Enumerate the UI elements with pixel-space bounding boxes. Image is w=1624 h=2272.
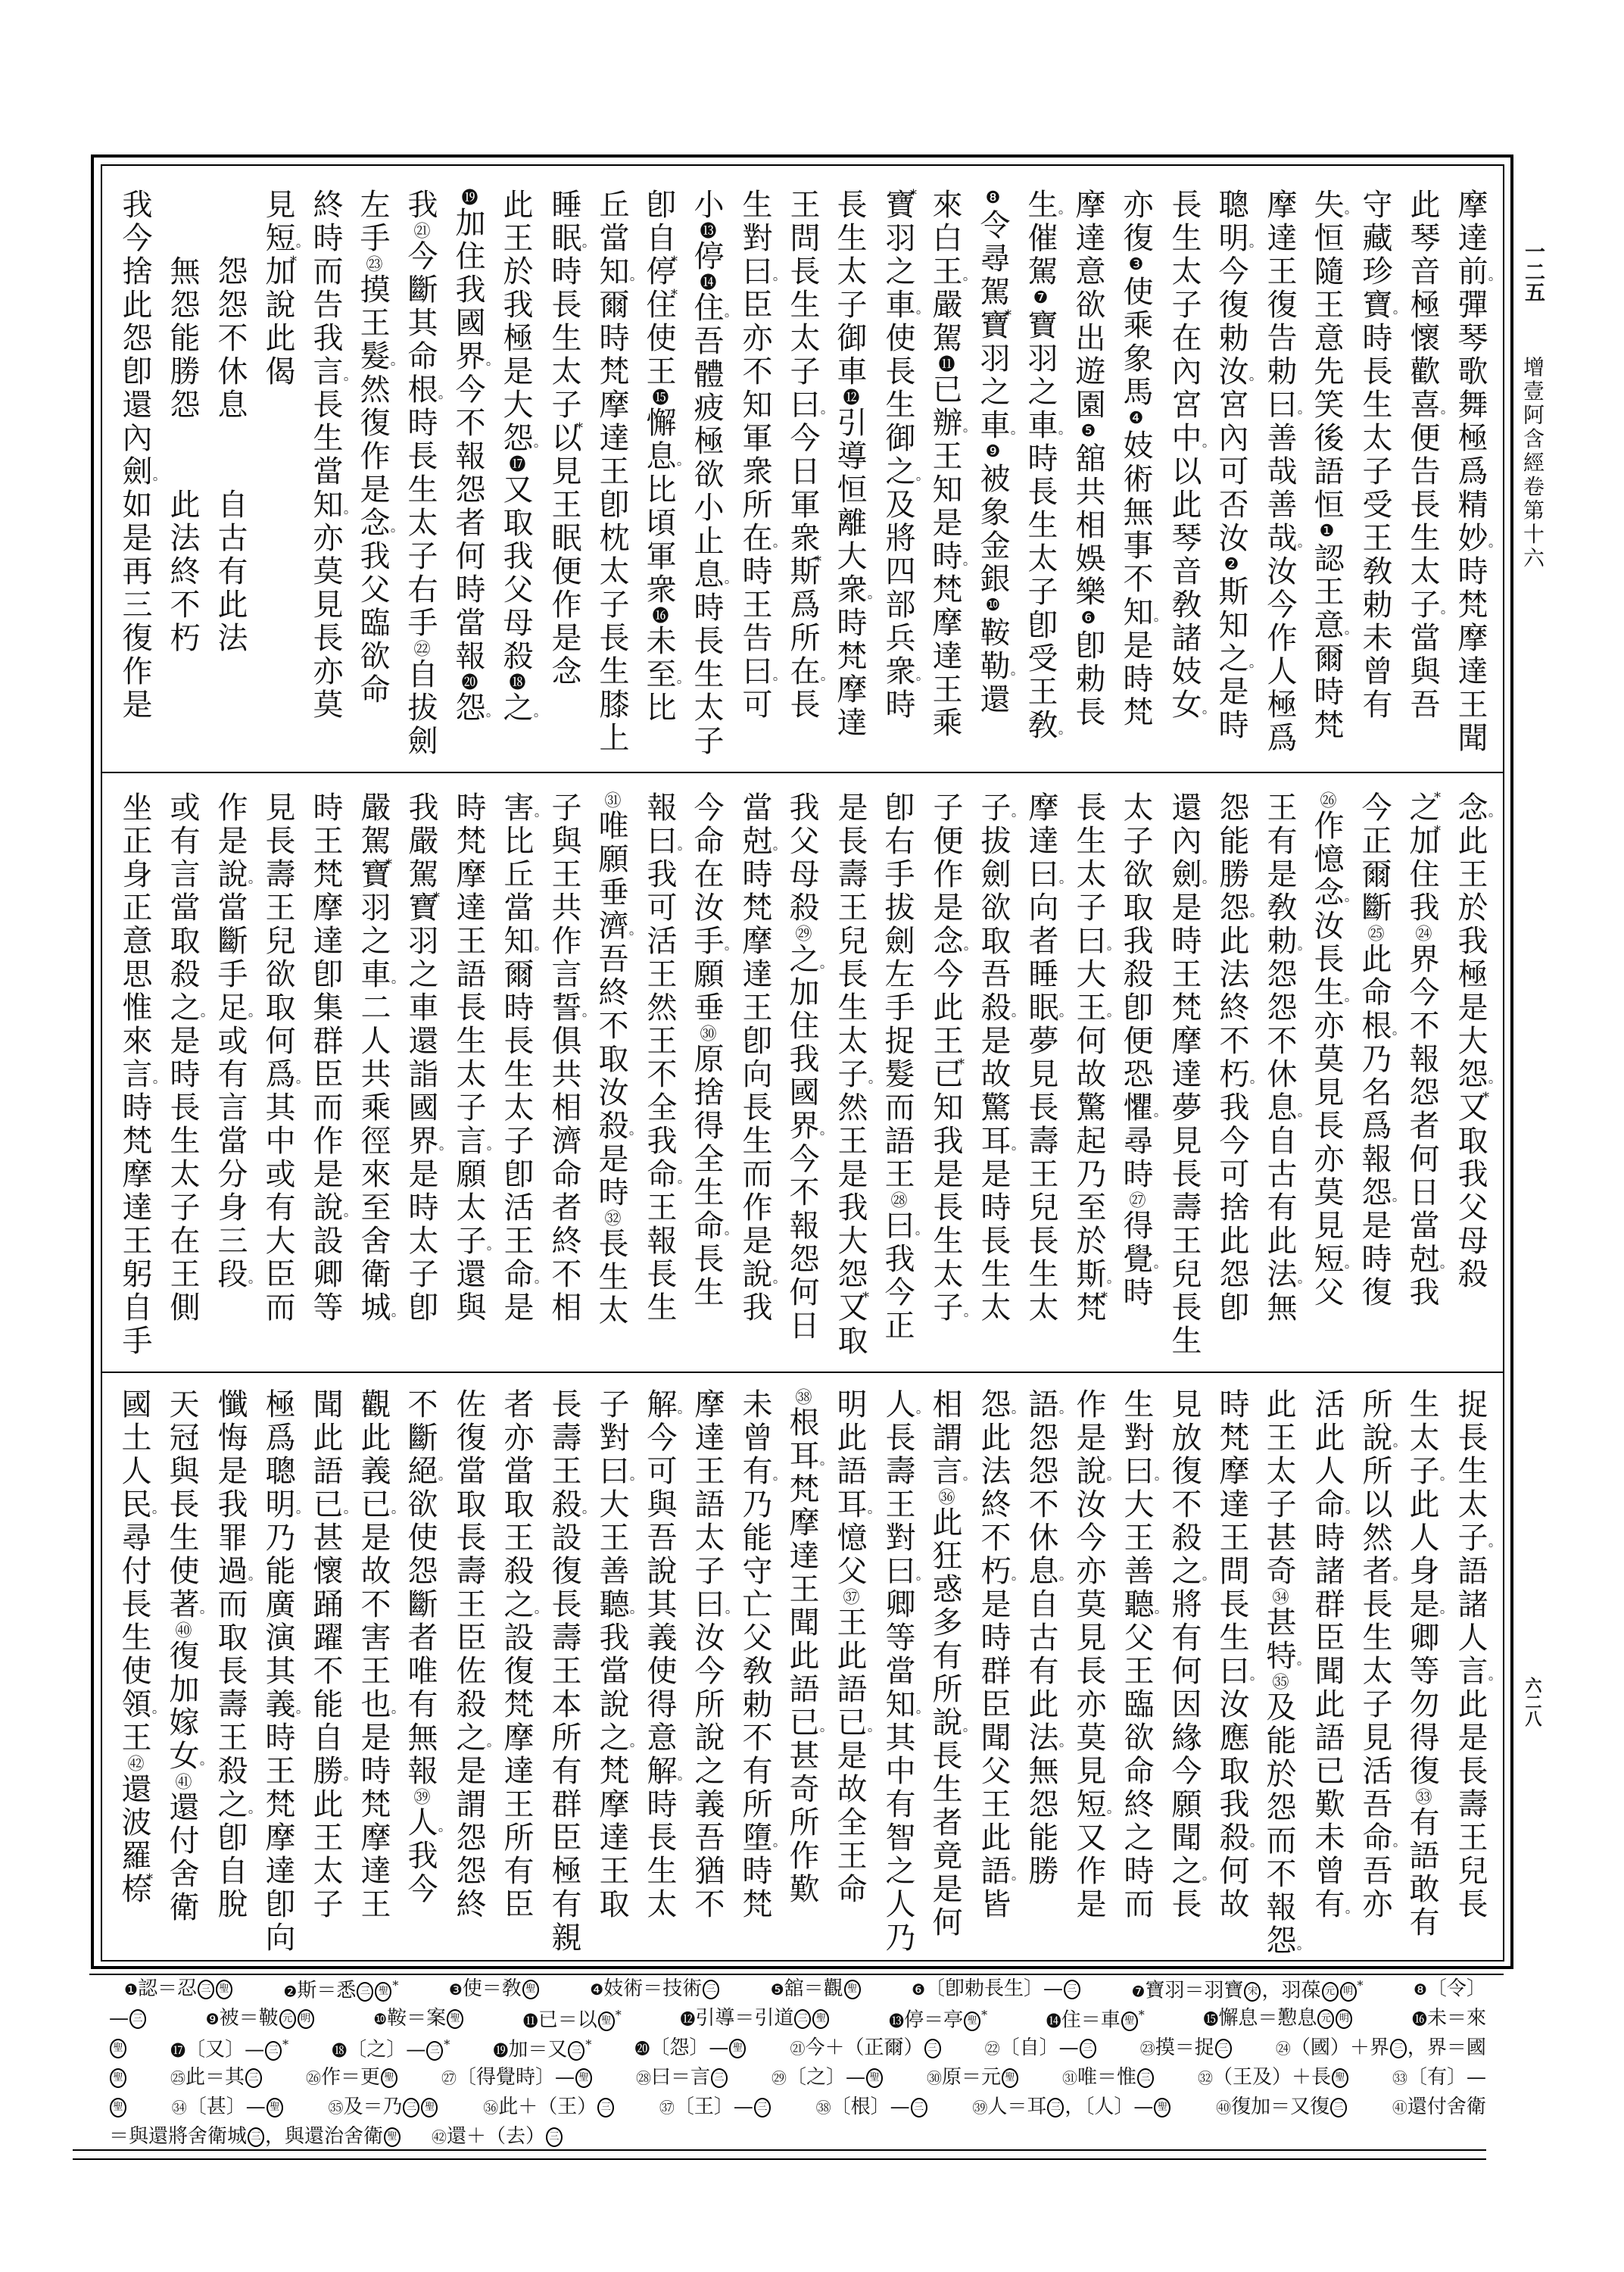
footnote-entry: ❹妓術＝技術三 — [590, 1977, 720, 2001]
text-column: 摩達王復告勅曰。善哉善哉。汝今作人極爲 — [1255, 189, 1303, 764]
edition-mark: 三 — [1215, 2039, 1232, 2058]
text-column: 子與王共作言誓。俱共相濟命者終不相 — [540, 791, 588, 1367]
text-column: 子便作是念。今此王*已知我是長生太子。 — [921, 791, 969, 1367]
edition-mark: 三 — [129, 2009, 146, 2029]
edition-mark: 聖 — [1332, 2068, 1348, 2088]
note-marker: ❷ — [1222, 555, 1241, 576]
note-marker: ㉓ — [363, 255, 382, 273]
edition-mark: 聖 — [866, 2068, 883, 2088]
note-marker: ㊵ — [1216, 2099, 1231, 2117]
note-marker: ⓳ — [459, 189, 478, 207]
text-column: 害。比丘當知。爾時長生太子卽活王命。是 — [492, 791, 540, 1367]
note-marker: ㊴ — [972, 2099, 987, 2117]
footnote-entry: ⓴〔怨〕—聖 — [634, 2036, 747, 2060]
footnote-row: 聖⓱〔又〕—三*⓲〔之〕—三*⓳加＝又三*⓴〔怨〕—聖㉑今＋（正爾）三㉒〔自〕—… — [109, 2036, 1486, 2059]
text-column: 此王太子甚奇㉞甚特。㉟及能於怨而不報怨。 — [1255, 1388, 1303, 1964]
text-column: 是長壽王兒長生太子。然王是我大怨*又取 — [826, 791, 874, 1367]
note-marker: ㉕ — [170, 2069, 185, 2087]
text-column: 報曰。我可活王然王不全我命。王報長生 — [635, 791, 683, 1367]
edition-mark: 三 — [1137, 2068, 1154, 2088]
text-column: 當尅。時梵摩達王卽向長生而作是說。我 — [731, 791, 778, 1367]
footnote-entry: ❺舘＝觀聖 — [771, 1977, 862, 2001]
edition-mark: 三 — [703, 1980, 719, 1999]
footnote-entry: ㉑今＋（正爾）三 — [790, 2036, 942, 2060]
footnote-entry: ⓰未＝來 — [1412, 2007, 1486, 2030]
note-marker: ⓰ — [1412, 2010, 1427, 2028]
note-marker: ❺ — [771, 1980, 784, 1999]
edition-mark: 元 — [1317, 2009, 1334, 2029]
text-column: 我㉑今斷其命根。時長生太子右手㉒自拔劍 — [397, 189, 444, 764]
note-marker: ⓯ — [650, 389, 669, 407]
text-column: 捉長生太子。語諸人言。此是長壽王兒長 — [1446, 1388, 1494, 1964]
edition-mark: 三 — [1330, 2098, 1347, 2118]
footnote-entry: ㉘曰＝言三 — [636, 2066, 728, 2089]
note-marker: ⓯ — [1203, 2010, 1218, 2028]
footnote-entry: ㉙〔之〕—聖 — [771, 2066, 884, 2089]
text-column: 長生太子御車⓬引導恒離大衆。時梵摩達 — [826, 189, 874, 764]
edition-mark: 三 — [357, 1982, 373, 2002]
edition-mark: 聖 — [384, 2127, 401, 2147]
text-column: 觀此義已。是故不害王也。是時梵摩達王 — [349, 1388, 397, 1964]
footnote-entry: ⓭停＝亭聖* — [889, 2004, 987, 2033]
footnote-entry: ❻〔卽勅長生〕—三 — [912, 1977, 1081, 2001]
footnote-row: ＝與還將舍衛城三，與還治舍衛聖㊷還＋（去）三 — [109, 2125, 1486, 2148]
text-column: 解。今可與吾說其義使得意解。時長生太 — [635, 1388, 683, 1964]
note-marker: ⓭ — [889, 2012, 904, 2030]
edition-mark: 聖 — [522, 1980, 539, 1999]
text-column: 見短。*加說此偈 — [254, 189, 301, 764]
text-column: 摩達意欲出遊園❺舘共相娛樂❻卽勅長 — [1064, 189, 1112, 764]
footnote-row: 聖㉕此＝其三㉖作＝更聖㉗〔得覺時〕—聖㉘曰＝言三㉙〔之〕—聖㉚原＝元聖㉛唯＝惟三… — [109, 2066, 1486, 2089]
upper-register: 摩達前。彈琴歌舞極爲精妙。時梵摩達王聞此琴音極懷歡喜。便告長生太子。當與吾守藏珍… — [111, 189, 1494, 764]
edition-mark: 明 — [1340, 1982, 1357, 2002]
text-column: 怨能勝怨。此法終不朽。我今可捨此怨卽 — [1208, 791, 1255, 1367]
text-column: 天冠與長生使著。㊵復加嫁女。㊶還付舍衛 — [158, 1388, 206, 1964]
margin-page-number: 六二八 — [1520, 1677, 1545, 1727]
note-marker: ❿ — [983, 596, 1002, 616]
text-column: 念。此王於我極是大怨。*又取我父母殺 — [1446, 791, 1494, 1367]
text-column: 時梵摩達王問長生曰。汝應取我殺。何故 — [1208, 1388, 1255, 1964]
text-column: 嚴駕*寶羽之車。二人共乘徑來至舍衛城。 — [349, 791, 397, 1367]
edition-mark: 三 — [426, 2041, 443, 2061]
text-column: 語。怨怨不休息。自古有此法。無怨能勝 — [1017, 1388, 1064, 1964]
edition-mark: 三 — [403, 2098, 419, 2118]
footnote-entry: 聖 — [109, 2066, 127, 2089]
text-column: 來白王。嚴駕⓫已辦。王知是時。梵摩達王乘 — [921, 189, 969, 764]
footnote-entry: ㉒〔自〕—三 — [985, 2036, 1097, 2060]
edition-mark: 聖 — [1002, 2068, 1018, 2088]
text-column: 時梵摩達王語長生太子言。願太子。還與 — [444, 791, 492, 1367]
text-column: 小⓭停⓮住。吾體疲極欲小止息。時長生太子 — [683, 189, 731, 764]
edition-mark: 聖 — [844, 1980, 861, 1999]
footnote-entry: ㊷還＋（去）三 — [432, 2125, 563, 2149]
note-marker: ㉘ — [888, 1191, 907, 1209]
text-column: 我嚴駕*寶羽之車還詣國界。是時太子卽 — [397, 791, 444, 1367]
text-column: ㊳根耳。梵摩達王聞此語已。甚奇所作歎 — [778, 1388, 826, 1964]
note-marker: ㉒ — [985, 2039, 1000, 2058]
footnote-entry: ❽〔令〕 — [1414, 1977, 1486, 2001]
text-column: 相謂言。㊱此狂惑多有所說。長生者竟是何 — [921, 1388, 969, 1964]
note-marker: ㉖ — [306, 2069, 321, 2087]
footnote-entry: ㊳〔根〕—三 — [816, 2096, 928, 2119]
text-column: 怨怨不休息 自古有此法 — [206, 189, 254, 764]
register-divider-lower — [101, 1372, 1504, 1373]
note-marker: ㉟ — [328, 2099, 343, 2117]
note-marker: ㉗ — [441, 2069, 457, 2087]
edition-mark: 三 — [711, 2068, 728, 2088]
footnote-entry: ⓯懈息＝懃息元明 — [1203, 2007, 1353, 2030]
text-column: 生。催駕❼寶羽之車。時長生太子卽受王敎。 — [1017, 189, 1064, 764]
edition-mark: 三 — [1390, 2039, 1407, 2058]
note-marker: ⓬ — [840, 389, 859, 407]
note-marker: ㉘ — [636, 2069, 651, 2087]
text-column: 長壽王殺。設復長壽王本所有群臣極有親 — [540, 1388, 588, 1964]
text-column: 亦復❸使乘象馬❹妓術無事不知。是時梵 — [1112, 189, 1160, 764]
text-column: 子對曰。大王善聽。我當說之。梵摩達王取 — [588, 1388, 635, 1964]
note-marker: ❻ — [1079, 609, 1098, 629]
edition-mark: 三 — [911, 2098, 927, 2118]
note-marker: ㉙ — [793, 925, 812, 943]
note-marker: ❿ — [373, 2010, 387, 2028]
note-marker: ㉑ — [411, 222, 430, 240]
note-marker: ㉓ — [1140, 2039, 1155, 2058]
footnote-entry: ⓬引導＝引道三聖 — [680, 2007, 830, 2030]
note-marker: ❺ — [1079, 422, 1098, 442]
footnote-entry: ＝與還將舍衛城三，與還治舍衛聖 — [109, 2125, 401, 2148]
footnote-entry: ㊲〔王〕—三 — [659, 2096, 771, 2119]
text-column: 此琴音極懷歡喜。便告長生太子。當與吾 — [1398, 189, 1446, 764]
text-column: 今命在汝手。願垂㉚原捨得全生命。長生 — [683, 791, 731, 1367]
text-column: ❽令尋駕*寶羽之車。❾被象金銀❿鞍勒。還 — [969, 189, 1017, 764]
edition-mark: 聖 — [110, 2098, 126, 2118]
edition-mark: 聖 — [381, 2068, 397, 2088]
edition-mark: 三 — [754, 2098, 771, 2118]
footnote-entry: ⓱〔又〕—三* — [170, 2033, 288, 2062]
note-marker: ❽ — [1414, 1980, 1427, 1999]
text-column: 佐復當取長壽王臣佐殺之。是謂怨怨終 — [444, 1388, 492, 1964]
note-marker: ㉝ — [1413, 1788, 1432, 1806]
footnote-entry: ㉛唯＝惟三 — [1062, 2066, 1155, 2089]
note-marker: ㉔ — [1276, 2039, 1291, 2058]
footnote-entry: ⓳加＝又三* — [493, 2033, 591, 2062]
note-marker: ❸ — [449, 1980, 463, 1999]
note-marker: ㉕ — [1365, 925, 1384, 943]
text-column: 我父母殺㉙之。加住我國界。今不報怨何日 — [778, 791, 826, 1367]
footnote-entry: ㉝〔有〕— — [1392, 2066, 1486, 2089]
note-marker: ⓬ — [680, 2010, 695, 2028]
text-column: *寶羽之車。使長生御之。及將四部兵衆。時 — [874, 189, 921, 764]
footnote-entry: ㉗〔得覺時〕—聖 — [441, 2066, 593, 2089]
text-column: 摩達王語太子曰。汝今所說之義吾猶不 — [683, 1388, 731, 1964]
edition-mark: 聖 — [267, 2098, 283, 2118]
text-column: 者亦當取王殺之。設復梵摩達王所有臣 — [492, 1388, 540, 1964]
note-marker: ㉚ — [697, 1025, 716, 1043]
edition-mark: 聖 — [216, 1980, 232, 1999]
footnote-entry: ㉖作＝更聖 — [306, 2066, 398, 2089]
footnote-entry: ㉞〔甚〕—聖 — [172, 2096, 284, 2119]
footnote-row: —三❾被＝鞁元明❿鞍＝案聖⓫已＝以聖*⓬引導＝引道三聖⓭停＝亭聖*⓮住＝車聖*⓯… — [109, 2007, 1486, 2030]
footnote-entry: ⓫已＝以聖* — [523, 2004, 622, 2033]
note-marker: ㉞ — [172, 2099, 187, 2117]
footnote-entry: 聖 — [109, 2036, 127, 2059]
note-marker: ㊳ — [793, 1388, 812, 1406]
edition-mark: 聖 — [110, 2039, 126, 2058]
text-column: 今正爾斷㉕此命根。乃名爲報怨。是時復 — [1351, 791, 1398, 1367]
edition-mark: 聖 — [1154, 2098, 1170, 2118]
footnote-entry: ❿鞍＝案聖 — [373, 2007, 464, 2030]
note-marker: ㊵ — [173, 1621, 192, 1640]
note-marker: ㉙ — [771, 2069, 787, 2087]
footnote-entry: 聖 — [109, 2096, 127, 2118]
footnote-entry: ㊶還付舍衛 — [1392, 2096, 1486, 2119]
text-column: 見長壽王兒欲取何爲。其中或有大臣而 — [254, 791, 301, 1367]
text-column: *之*加住我㉔界今不報怨者何日當尅。我 — [1398, 791, 1446, 1367]
edition-mark: 三 — [546, 2127, 563, 2147]
footnote-entry: ㉓摸＝捉三 — [1140, 2036, 1233, 2060]
text-column: 坐正身正意思惟來言。時梵摩達王躬自手 — [111, 791, 158, 1367]
text-column: ㉖作憶念。汝長生。亦莫見長亦莫見短。父 — [1303, 791, 1351, 1367]
text-column: 摩達前。彈琴歌舞極爲精妙。時梵摩達王聞 — [1446, 189, 1494, 764]
text-column: 生太子。此人身是。卿等勿得復㉝有語敢有 — [1398, 1388, 1446, 1964]
edition-mark: 元 — [279, 2009, 296, 2029]
text-column: 終時而告我言。長生當知。亦莫見長亦莫 — [301, 189, 349, 764]
text-column: 失。恒隨王意先笑後語恒❶認王意。爾時梵 — [1303, 189, 1351, 764]
footnote-entry: ❸使＝敎聖 — [449, 1977, 540, 2001]
note-marker: ⓫ — [936, 355, 955, 373]
page-number: 一二五 — [1519, 241, 1546, 302]
footnote-rule-bottom-second — [73, 2158, 1486, 2160]
note-marker: ㊲ — [659, 2099, 675, 2117]
edition-mark: 聖 — [421, 2098, 438, 2118]
text-column: 極爲聰明。乃能廣演其義。時王梵摩達卽向 — [254, 1388, 301, 1964]
note-marker: ㉚ — [927, 2069, 942, 2087]
text-column: 聰明。今復勅汝。宮內可否汝❷斯知之。是時 — [1208, 189, 1255, 764]
footnote-entry: ㊵復加＝又復三 — [1216, 2096, 1348, 2119]
note-marker: ㊶ — [173, 1773, 192, 1791]
note-marker: ㉑ — [790, 2039, 806, 2058]
edition-mark: 聖 — [575, 2068, 592, 2088]
edition-mark: 聖 — [964, 2011, 980, 2031]
note-marker: ❼ — [1132, 1983, 1146, 2001]
text-column: 還內劍。是時王梵摩達夢見長壽王兒長生 — [1160, 791, 1208, 1367]
text-column: 長生太子在內宮中。以此琴音敎諸妓女。 — [1160, 189, 1208, 764]
edition-mark: 三 — [597, 2098, 614, 2118]
text-column: 左手㉓摸王髮。然復作是念。我父臨欲命 — [349, 189, 397, 764]
note-marker: ⓲ — [507, 673, 525, 691]
note-marker: ⓱ — [507, 455, 525, 473]
footnote-entry: ㉕此＝其三 — [170, 2066, 263, 2089]
note-marker: ⓭ — [697, 222, 716, 240]
text-column: 子。拔劍欲取吾殺。是故驚耳。是時長生太 — [969, 791, 1017, 1367]
text-column: 生對曰。大王善聽。父王臨欲命終之時而 — [1112, 1388, 1160, 1964]
note-marker: ❾ — [206, 2010, 220, 2028]
footnote-entry: ㉚原＝元聖 — [927, 2066, 1019, 2089]
text-column: 卽自*停*住使王⓯懈息。比頃軍衆⓰未至。比 — [635, 189, 683, 764]
edition-mark: 宋 — [1244, 1982, 1261, 2002]
text-column: 時王梵摩達卽集群臣而作是說。設卿等 — [301, 791, 349, 1367]
edition-mark: 三 — [245, 2068, 262, 2088]
note-marker: ㊳ — [816, 2099, 831, 2117]
footnote-entry: ❷斯＝悉三聖* — [283, 1974, 398, 2003]
text-column: 此王於我極是大怨。⓱又取我父母殺⓲之。 — [492, 189, 540, 764]
text-column: 國土人民。尋付長生使領。王㊷還波羅*㮈 — [111, 1388, 158, 1964]
footnote-entry: ⓮住＝車聖* — [1046, 2004, 1145, 2033]
note-marker: ⓳ — [493, 2042, 508, 2060]
edition-mark: 三 — [1080, 2039, 1096, 2058]
text-column: 明此語耳。憶父㊲王此語已。是故全王命 — [826, 1388, 874, 1964]
edition-mark: 三 — [248, 2127, 264, 2147]
note-marker: ❽ — [983, 189, 1002, 209]
text-column: 守藏珍寶。時長生太子受王敎勅未曾有 — [1351, 189, 1398, 764]
text-column: 見放復不殺之。將有何因緣今願聞之。長 — [1160, 1388, 1208, 1964]
note-marker: ㉔ — [1413, 925, 1432, 943]
note-marker: ㉜ — [1198, 2069, 1213, 2087]
text-column: ⓳加住我國界。今不報怨者何時當報⓴怨。 — [444, 189, 492, 764]
register-divider-upper — [101, 772, 1504, 773]
text-column: 王有是敎勅。怨怨不休息。自古有此法。無 — [1255, 791, 1303, 1367]
note-marker: ⓫ — [523, 2012, 538, 2030]
note-marker: ㉜ — [602, 1209, 621, 1228]
footnote-entry: ㊱此＋（王）三 — [483, 2096, 615, 2119]
footnote-entry: ❼寶羽＝羽寶宋，羽葆元明* — [1132, 1974, 1364, 2003]
lower-register: 捉長生太子。語諸人言。此是長壽王兒長生太子。此人身是。卿等勿得復㉝有語敢有所說。… — [111, 1388, 1494, 1964]
note-marker: ⓰ — [650, 607, 669, 625]
footnote-entry: ㉟及＝乃三聖 — [328, 2096, 438, 2119]
text-column: 我今捨此怨卽還內劍。如是再三復作是 — [111, 189, 158, 764]
note-marker: ㉛ — [602, 791, 621, 810]
text-column: 作是說。當斷手足。或有言當分身三段。 — [206, 791, 254, 1367]
note-marker: ❹ — [1127, 409, 1146, 429]
note-marker: ❹ — [590, 1980, 603, 1999]
note-marker: ⓱ — [170, 2042, 185, 2060]
note-marker: ㉟ — [1270, 1673, 1289, 1691]
footnote-rule-bottom — [73, 2149, 1486, 2151]
note-marker: ❸ — [1127, 255, 1146, 276]
note-marker: ㊲ — [840, 1588, 859, 1606]
footnote-entry: ❾被＝鞁元明 — [206, 2007, 315, 2030]
edition-mark: 三 — [794, 2009, 811, 2029]
note-marker: ❻ — [912, 1980, 925, 1999]
footnote-row: ❶認＝忍三聖❷斯＝悉三聖*❸使＝敎聖❹妓術＝技術三❺舘＝觀聖❻〔卽勅長生〕—三❼… — [124, 1977, 1486, 2000]
text-column: 摩達曰。向者睡眠。夢見長壽王兒長生太 — [1017, 791, 1064, 1367]
note-marker: ㊱ — [483, 2099, 498, 2117]
note-marker: ⓮ — [1046, 2012, 1061, 2030]
note-marker: ㉞ — [1270, 1588, 1289, 1606]
edition-mark: 明 — [1336, 2009, 1352, 2029]
note-marker: ❷ — [283, 1983, 297, 2001]
middle-register: 念。此王於我極是大怨。*又取我父母殺*之*加住我㉔界今不報怨者何日當尅。我今正爾… — [111, 791, 1494, 1367]
note-marker: ㊷ — [432, 2128, 447, 2146]
edition-mark: 三 — [198, 1980, 214, 1999]
text-column: 作是說。汝今亦莫見長亦莫見短。又作是 — [1064, 1388, 1112, 1964]
note-marker: ㉝ — [1392, 2069, 1407, 2087]
note-marker: ㊱ — [936, 1488, 955, 1506]
footnote-row: 聖㉞〔甚〕—聖㉟及＝乃三聖㊱此＋（王）三㊲〔王〕—三㊳〔根〕—三㊴人＝耳三，〔人… — [109, 2096, 1486, 2118]
note-marker: ㊴ — [411, 1788, 430, 1806]
note-marker: ⓴ — [634, 2039, 650, 2058]
edition-mark: 三 — [1064, 1980, 1080, 1999]
edition-mark: 三 — [265, 2041, 282, 2061]
text-column: 卽右手拔劍左手捉髮而語王㉘曰。我今正 — [874, 791, 921, 1367]
note-marker: ㊶ — [1392, 2099, 1407, 2117]
edition-mark: 明 — [298, 2009, 314, 2029]
note-marker: ㊷ — [125, 1755, 144, 1773]
note-marker: ❼ — [1031, 289, 1050, 309]
edition-mark: 聖 — [375, 1982, 391, 2002]
text-column: ㉛唯願垂濟。吾終不取汝殺。是時㉜長生太 — [588, 791, 635, 1367]
note-marker: ㉖ — [1317, 791, 1336, 810]
edition-mark: 聖 — [110, 2068, 126, 2088]
edition-mark: 聖 — [729, 2039, 746, 2058]
edition-mark: 三 — [924, 2039, 941, 2058]
text-column: 聞此語已。甚懷踊躍不能自勝。此王太子 — [301, 1388, 349, 1964]
text-column: 活此人命。時諸群臣聞此語已歎未曾有。 — [1303, 1388, 1351, 1964]
edition-mark: 元 — [1322, 1982, 1339, 2002]
edition-mark: 聖 — [447, 2009, 463, 2029]
edition-mark: 三 — [1047, 2098, 1064, 2118]
note-marker: ❶ — [1317, 522, 1336, 542]
note-marker: ❶ — [124, 1980, 138, 1999]
footnote-entry: ❶認＝忍三聖 — [124, 1977, 233, 2001]
note-marker: ㉗ — [1127, 1191, 1146, 1209]
footnote-entry: ⓲〔之〕—三* — [332, 2033, 450, 2062]
footnote-entry: ㉜（王及）＋長聖 — [1198, 2066, 1349, 2089]
text-column: 未曾有。乃能守亡父敎勅不有所墮。時梵 — [731, 1388, 778, 1964]
note-marker: ⓲ — [332, 2042, 347, 2060]
edition-mark: 聖 — [1121, 2011, 1138, 2031]
footnote-entry: ㉔（國）＋界三，界＝國 — [1276, 2036, 1486, 2060]
footnote-entry: —三 — [109, 2007, 147, 2030]
text-column: 生對曰。臣亦不知軍衆所在。時王告曰。可 — [731, 189, 778, 764]
edition-mark: 聖 — [598, 2011, 615, 2031]
note-marker: ㉛ — [1062, 2069, 1077, 2087]
text-column: 睡眠。時長生太子*以見王眠便作是念 — [540, 189, 588, 764]
footnote-entry: ㊴人＝耳三，〔人〕—聖 — [972, 2096, 1171, 2119]
text-column: 或有言當取殺之。是時長生太子在王側 — [158, 791, 206, 1367]
note-marker: ⓮ — [697, 273, 716, 292]
text-column: 王問長生太子曰。今日軍衆*斯爲所在。長 — [778, 189, 826, 764]
note-marker: ⓴ — [459, 673, 478, 691]
running-title: 增壹阿含經卷第十六 — [1519, 356, 1546, 571]
edition-mark: 聖 — [812, 2009, 829, 2029]
text-column: 無怨能勝怨 此法終不朽 — [158, 189, 206, 764]
text-column: 所說。所以然者。長生太子見活吾命。吾亦 — [1351, 1388, 1398, 1964]
text-column: 太子欲取我殺卽便恐懼。尋時㉗得覺。時 — [1112, 791, 1160, 1367]
note-marker: ❾ — [983, 442, 1002, 463]
text-column: 怨。此法終不朽。是時群臣聞父王此語。皆 — [969, 1388, 1017, 1964]
text-column: 懺悔是我罪過。而取長壽王殺之。卽自脫 — [206, 1388, 254, 1964]
text-column: 人。長壽王對曰。卿等當知。其中有智之人乃 — [874, 1388, 921, 1964]
text-column: 丘當知。爾時梵摩達王卽枕太子長生膝上 — [588, 189, 635, 764]
edition-mark: 三 — [568, 2041, 584, 2061]
text-column: 長生太子曰。大王。何故驚起乃至於斯。*梵 — [1064, 791, 1112, 1367]
note-marker: ㉒ — [411, 640, 430, 658]
text-column: 不斷絕。欲使怨斷者唯有無報㊴人。我今 — [397, 1388, 444, 1964]
